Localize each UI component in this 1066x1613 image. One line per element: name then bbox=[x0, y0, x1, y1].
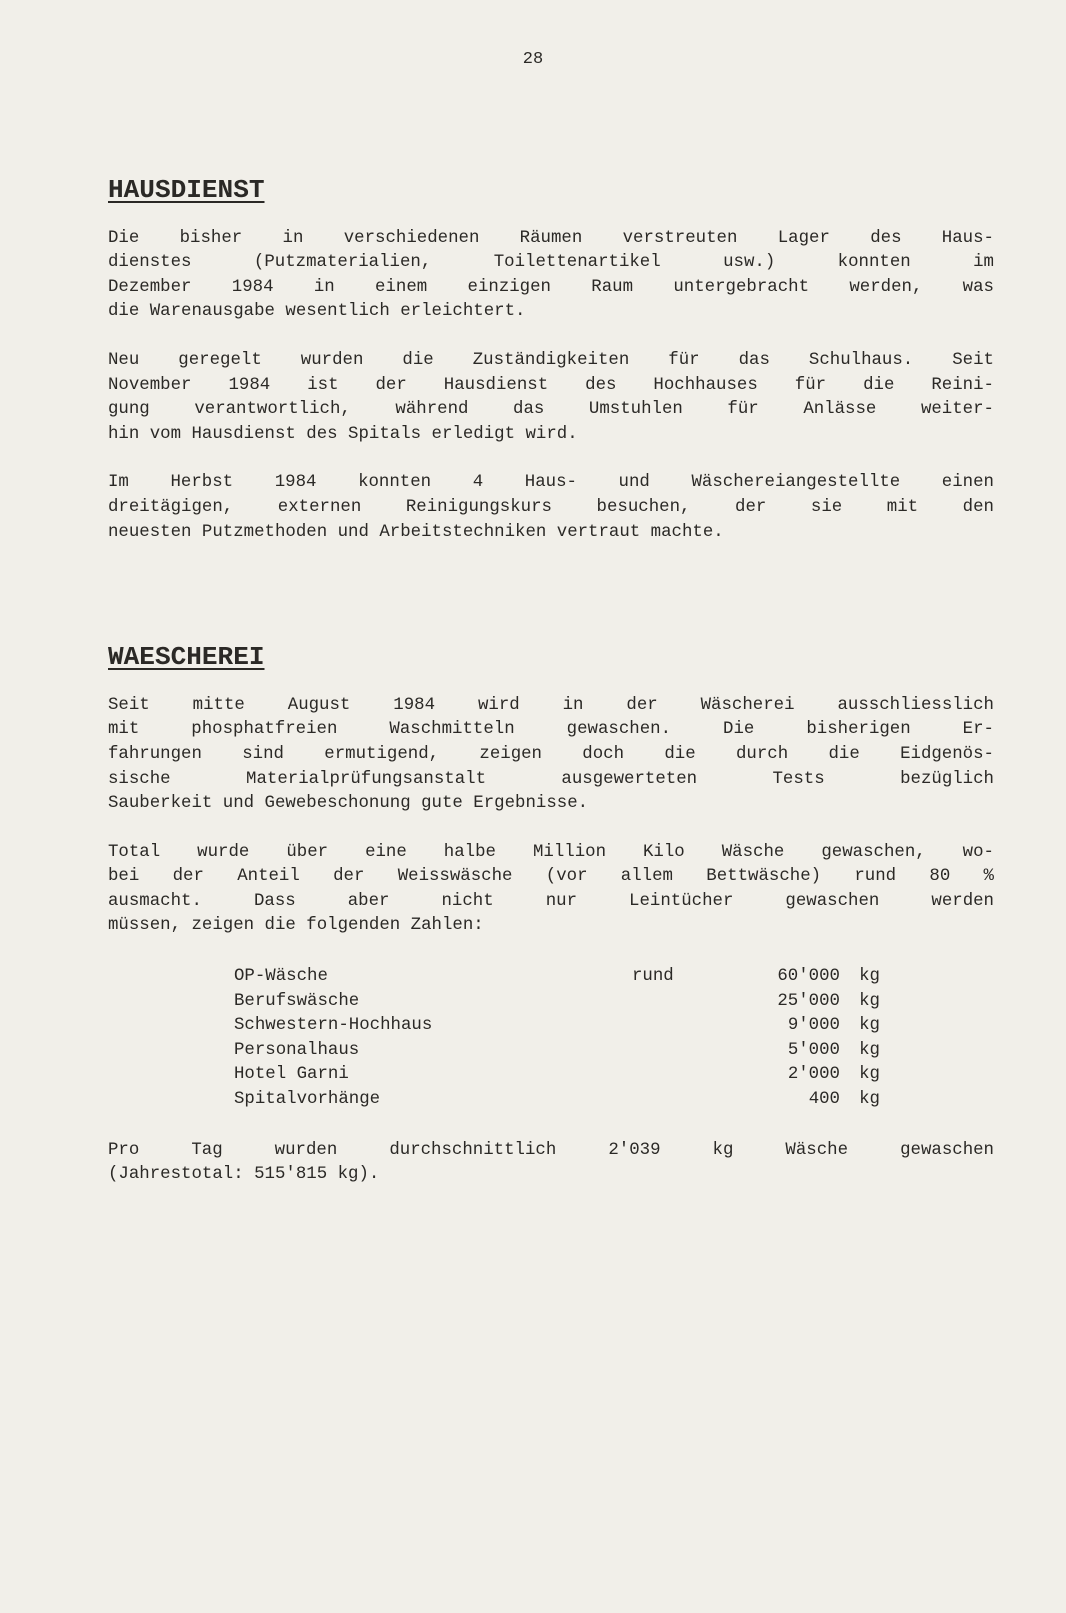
text-line: Neu geregelt wurden die Zuständigkeiten … bbox=[108, 349, 994, 374]
table-row: OP-Wäscherund60'000kg bbox=[234, 965, 880, 990]
table-cell-unit: kg bbox=[840, 1014, 880, 1039]
text-line: gung verantwortlich, während das Umstuhl… bbox=[108, 398, 994, 423]
text-line: müssen, zeigen die folgenden Zahlen: bbox=[108, 914, 994, 939]
text-line: bei der Anteil der Weisswäsche (vor alle… bbox=[108, 865, 994, 890]
table-row: Personalhaus5'000kg bbox=[234, 1039, 880, 1064]
text-line: Sauberkeit und Gewebeschonung gute Ergeb… bbox=[108, 792, 994, 817]
table-cell-label: Hotel Garni bbox=[234, 1063, 632, 1088]
text-line: mit phosphatfreien Waschmitteln gewasche… bbox=[108, 718, 994, 743]
text-line: neuesten Putzmethoden und Arbeitstechnik… bbox=[108, 521, 994, 546]
table-cell-value: 2'000 bbox=[742, 1063, 840, 1088]
paragraph: Seit mitte August 1984 wird in der Wäsch… bbox=[108, 694, 994, 817]
table-cell-unit: kg bbox=[840, 1039, 880, 1064]
table-cell-value: 60'000 bbox=[742, 965, 840, 990]
section-heading-waescherei: WAESCHEREI bbox=[108, 645, 994, 670]
text-line: Seit mitte August 1984 wird in der Wäsch… bbox=[108, 694, 994, 719]
laundry-quantities-table: OP-Wäscherund60'000kgBerufswäsche25'000k… bbox=[234, 965, 880, 1113]
paragraph: Im Herbst 1984 konnten 4 Haus- und Wäsch… bbox=[108, 471, 994, 545]
table-row: Hotel Garni2'000kg bbox=[234, 1063, 880, 1088]
table-cell-qualifier bbox=[632, 1088, 742, 1113]
table-cell-qualifier: rund bbox=[632, 965, 742, 990]
paragraph: Die bisher in verschiedenen Räumen verst… bbox=[108, 227, 994, 325]
table-cell-qualifier bbox=[632, 1039, 742, 1064]
document-body: HAUSDIENST Die bisher in verschiedenen R… bbox=[108, 178, 994, 1188]
table-cell-value: 5'000 bbox=[742, 1039, 840, 1064]
text-line: dienstes (Putzmaterialien, Toilettenarti… bbox=[108, 251, 994, 276]
paragraph: Neu geregelt wurden die Zuständigkeiten … bbox=[108, 349, 994, 447]
table-cell-unit: kg bbox=[840, 990, 880, 1015]
text-line: Pro Tag wurden durchschnittlich 2'039 kg… bbox=[108, 1139, 994, 1164]
text-line: November 1984 ist der Hausdienst des Hoc… bbox=[108, 374, 994, 399]
paragraph: Total wurde über eine halbe Million Kilo… bbox=[108, 841, 994, 939]
table-row: Schwestern-Hochhaus9'000kg bbox=[234, 1014, 880, 1039]
table-cell-label: Berufswäsche bbox=[234, 990, 632, 1015]
page-number: 28 bbox=[0, 50, 1066, 69]
text-line: Im Herbst 1984 konnten 4 Haus- und Wäsch… bbox=[108, 471, 994, 496]
table-cell-unit: kg bbox=[840, 1088, 880, 1113]
table-cell-qualifier bbox=[632, 1063, 742, 1088]
table-row: Spitalvorhänge400kg bbox=[234, 1088, 880, 1113]
table-cell-unit: kg bbox=[840, 1063, 880, 1088]
table-cell-qualifier bbox=[632, 1014, 742, 1039]
text-line: Dezember 1984 in einem einzigen Raum unt… bbox=[108, 276, 994, 301]
table-cell-qualifier bbox=[632, 990, 742, 1015]
table-cell-label: Spitalvorhänge bbox=[234, 1088, 632, 1113]
table-cell-value: 400 bbox=[742, 1088, 840, 1113]
text-line: (Jahrestotal: 515'815 kg). bbox=[108, 1163, 994, 1188]
text-line: sische Materialprüfungsanstalt ausgewert… bbox=[108, 768, 994, 793]
text-line: Total wurde über eine halbe Million Kilo… bbox=[108, 841, 994, 866]
table-cell-value: 9'000 bbox=[742, 1014, 840, 1039]
table-cell-label: OP-Wäsche bbox=[234, 965, 632, 990]
table-cell-value: 25'000 bbox=[742, 990, 840, 1015]
text-line: die Warenausgabe wesentlich erleichtert. bbox=[108, 300, 994, 325]
text-line: ausmacht. Dass aber nicht nur Leintücher… bbox=[108, 890, 994, 915]
table-cell-unit: kg bbox=[840, 965, 880, 990]
text-line: dreitägigen, externen Reinigungskurs bes… bbox=[108, 496, 994, 521]
text-line: fahrungen sind ermutigend, zeigen doch d… bbox=[108, 743, 994, 768]
text-line: Die bisher in verschiedenen Räumen verst… bbox=[108, 227, 994, 252]
table-cell-label: Schwestern-Hochhaus bbox=[234, 1014, 632, 1039]
table-cell-label: Personalhaus bbox=[234, 1039, 632, 1064]
text-line: hin vom Hausdienst des Spitals erledigt … bbox=[108, 423, 994, 448]
section-heading-hausdienst: HAUSDIENST bbox=[108, 178, 994, 203]
table-row: Berufswäsche25'000kg bbox=[234, 990, 880, 1015]
paragraph: Pro Tag wurden durchschnittlich 2'039 kg… bbox=[108, 1139, 994, 1188]
